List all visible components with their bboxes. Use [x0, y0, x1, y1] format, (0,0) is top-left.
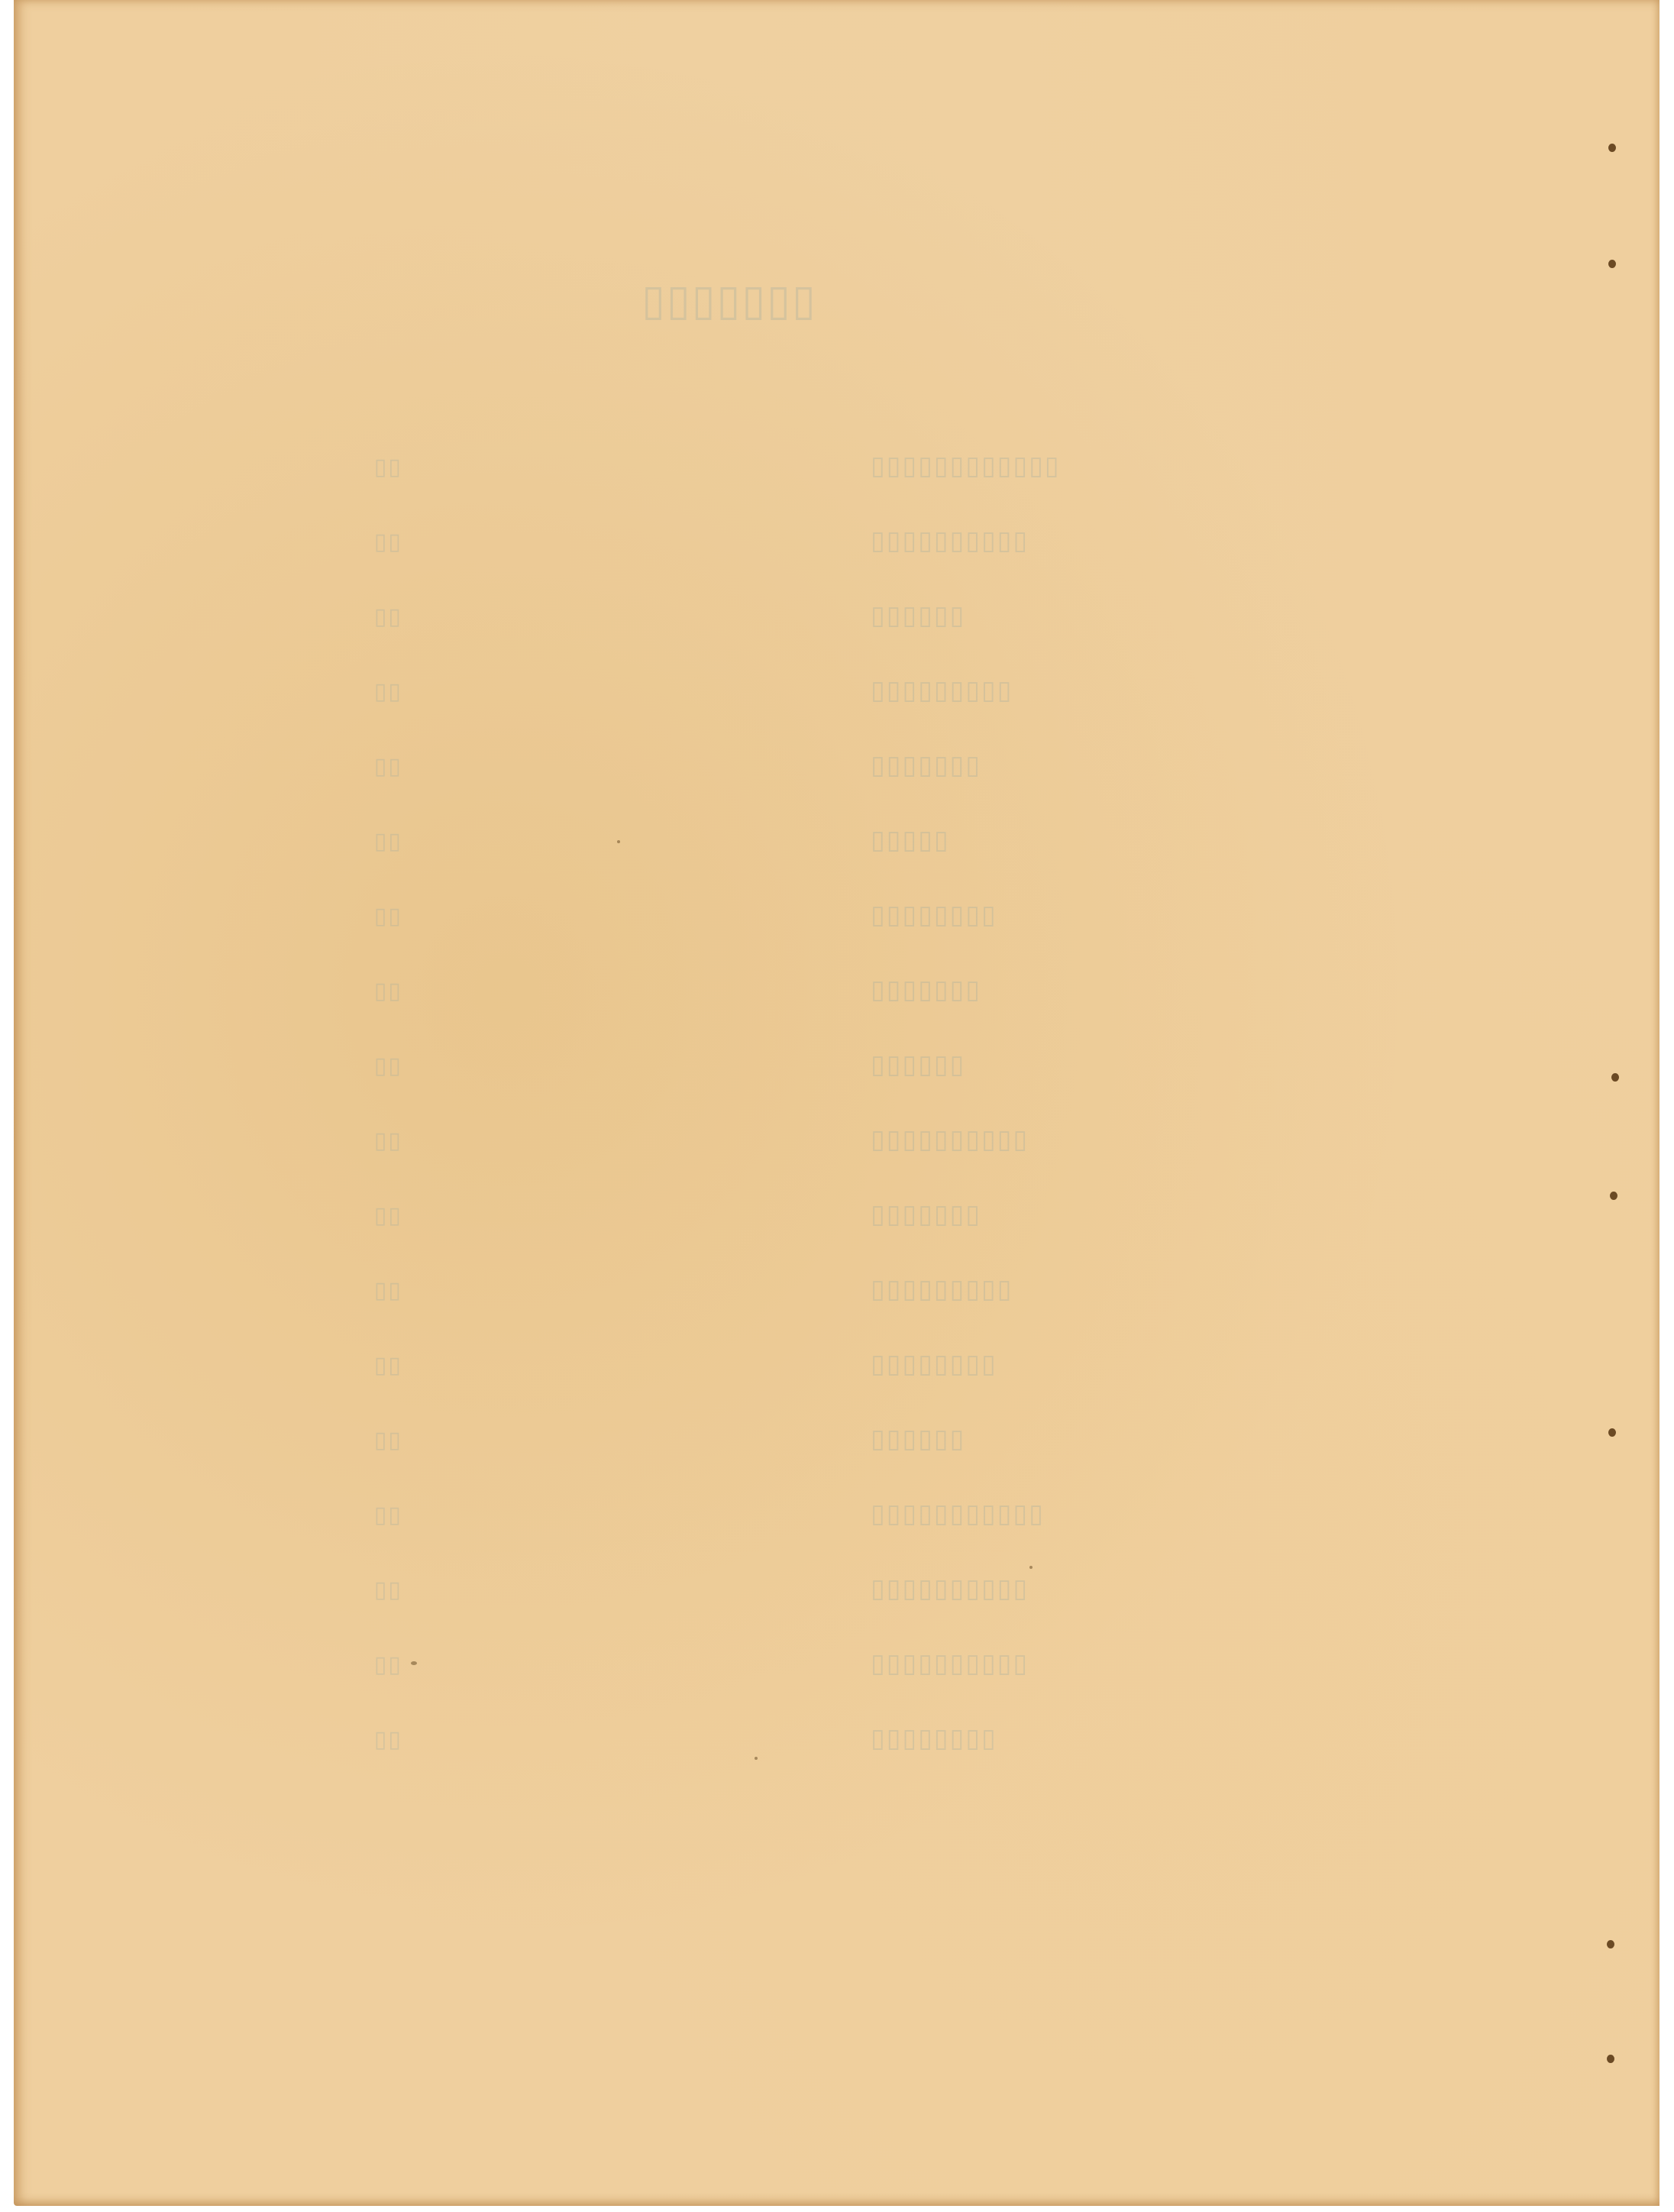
show-through-page-number: ▯▯ — [373, 978, 401, 1004]
show-through-line: ▯▯▯▯▯▯▯▯▯▯▯ — [869, 1499, 1043, 1529]
show-through-line: ▯▯▯▯▯▯▯▯▯ — [869, 1274, 1011, 1305]
show-through-title: ▯▯▯▯▯▯▯ — [640, 275, 816, 325]
paper-page: ▯▯▯▯▯▯▯ ▯▯▯▯▯▯▯▯▯▯▯▯▯▯▯▯▯▯▯▯▯▯▯▯▯▯▯▯▯▯▯▯… — [14, 0, 1659, 2206]
show-through-page-number: ▯▯ — [373, 903, 401, 930]
binding-hole — [1608, 260, 1616, 268]
show-through-page-number: ▯▯ — [373, 678, 401, 705]
binding-hole — [1607, 2055, 1614, 2063]
show-through-line: ▯▯▯▯▯▯▯▯ — [869, 1723, 996, 1754]
show-through-page-number: ▯▯ — [373, 828, 401, 855]
show-through-page-number: ▯▯ — [373, 529, 401, 555]
show-through-page-number: ▯▯ — [373, 1277, 401, 1304]
show-through-page-number: ▯▯ — [373, 1726, 401, 1753]
show-through-page-number: ▯▯ — [373, 1127, 401, 1154]
paper-speck — [411, 1661, 417, 1665]
show-through-page-number: ▯▯ — [373, 1202, 401, 1229]
show-through-page-number: ▯▯ — [373, 753, 401, 780]
show-through-line: ▯▯▯▯▯▯▯ — [869, 975, 980, 1005]
binding-hole — [1610, 1192, 1617, 1200]
show-through-line: ▯▯▯▯▯▯ — [869, 600, 964, 631]
binding-hole — [1608, 1428, 1616, 1437]
show-through-line: ▯▯▯▯▯▯▯ — [869, 1199, 980, 1230]
show-through-page-number: ▯▯ — [373, 603, 401, 630]
binding-hole — [1607, 1940, 1614, 1948]
show-through-line: ▯▯▯▯▯▯▯▯ — [869, 1349, 996, 1379]
show-through-line: ▯▯▯▯▯▯▯▯▯ — [869, 675, 1011, 706]
show-through-line: ▯▯▯▯▯▯▯▯▯▯ — [869, 1124, 1027, 1155]
show-through-page-number: ▯▯ — [373, 1577, 401, 1603]
show-through-page-number: ▯▯ — [373, 1502, 401, 1528]
show-through-line: ▯▯▯▯▯▯▯▯▯▯ — [869, 1648, 1027, 1679]
paper-speck — [617, 840, 620, 843]
show-through-page-number: ▯▯ — [373, 1651, 401, 1678]
show-through-page-number: ▯▯ — [373, 1053, 401, 1079]
show-through-line: ▯▯▯▯▯▯▯▯▯▯ — [869, 1573, 1027, 1604]
binding-hole — [1608, 144, 1616, 152]
show-through-line: ▯▯▯▯▯▯▯▯ — [869, 900, 996, 930]
show-through-line: ▯▯▯▯▯▯▯▯▯▯▯▯ — [869, 451, 1059, 481]
show-through-page-number: ▯▯ — [373, 1352, 401, 1379]
paper-speck — [1029, 1566, 1033, 1569]
paper-speck — [755, 1757, 758, 1760]
show-through-line: ▯▯▯▯▯▯ — [869, 1424, 964, 1454]
show-through-line: ▯▯▯▯▯▯▯ — [869, 750, 980, 781]
binding-hole — [1611, 1073, 1619, 1082]
show-through-line: ▯▯▯▯▯ — [869, 825, 948, 855]
show-through-page-number: ▯▯ — [373, 454, 401, 480]
show-through-line: ▯▯▯▯▯▯▯▯▯▯ — [869, 526, 1027, 556]
show-through-line: ▯▯▯▯▯▯ — [869, 1049, 964, 1080]
show-through-page-number: ▯▯ — [373, 1427, 401, 1454]
